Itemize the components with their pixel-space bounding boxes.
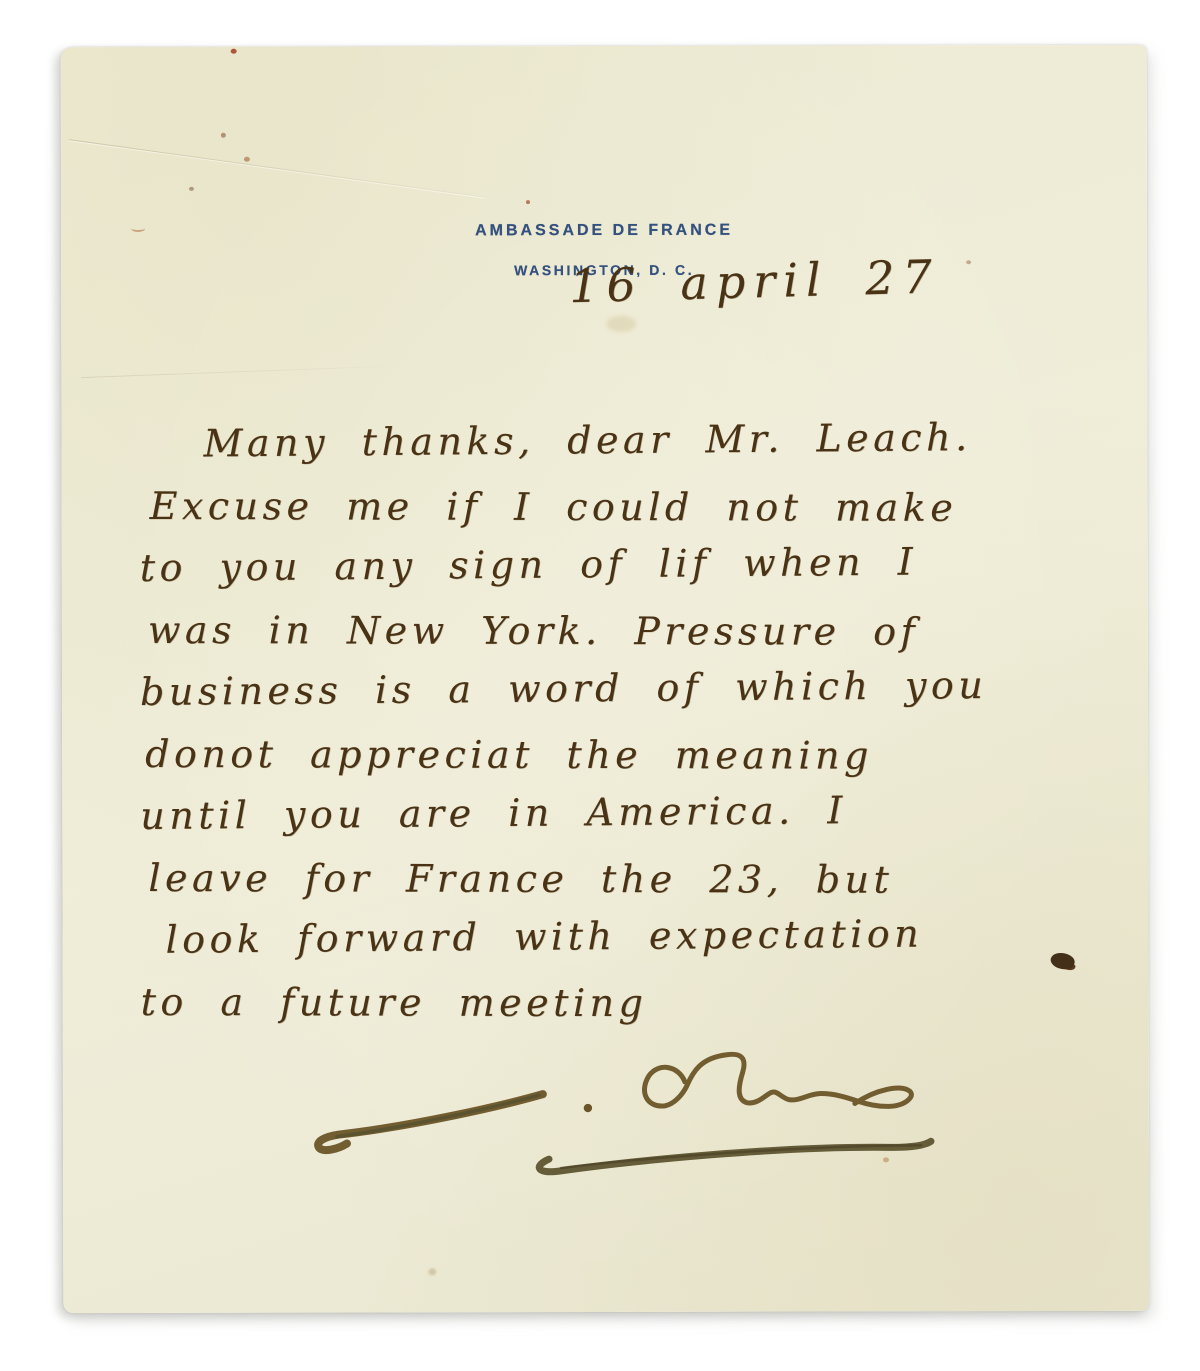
foxing-spot bbox=[231, 49, 237, 54]
handwritten-line-7: until you are in America. I bbox=[140, 777, 1080, 847]
foxing-spot bbox=[883, 1157, 889, 1162]
handwritten-line-5: business is a word of which you bbox=[140, 653, 1080, 723]
foxing-spot bbox=[606, 316, 636, 332]
letter-paper: AMBASSADE DE FRANCE WASHINGTON, D. C. 16… bbox=[61, 45, 1150, 1313]
paper-crease bbox=[81, 366, 381, 378]
handwritten-line-10: to a future meeting bbox=[141, 971, 1081, 1035]
letter-date: 16 april 27 bbox=[569, 248, 990, 313]
handwritten-line-3: to you any sign of lif when I bbox=[140, 529, 1080, 599]
foxing-spot bbox=[131, 225, 145, 232]
paper-crease bbox=[69, 139, 485, 198]
foxing-spot bbox=[526, 200, 530, 204]
letter-body: Many thanks, dear Mr. Leach. Excuse me i… bbox=[139, 411, 1080, 1033]
foxing-spot bbox=[244, 157, 250, 162]
foxing-spot bbox=[966, 260, 971, 264]
photo-background: AMBASSADE DE FRANCE WASHINGTON, D. C. 16… bbox=[0, 0, 1200, 1371]
foxing-spot bbox=[428, 1268, 436, 1275]
letterhead-line1: AMBASSADE DE FRANCE bbox=[61, 221, 1147, 241]
foxing-spot bbox=[189, 187, 194, 191]
foxing-spot bbox=[221, 133, 226, 138]
handwritten-line-1: Many thanks, dear Mr. Leach. bbox=[139, 405, 1079, 475]
signature-flourish bbox=[281, 1045, 961, 1196]
handwritten-line-9: look forward with expectation bbox=[140, 901, 1080, 971]
